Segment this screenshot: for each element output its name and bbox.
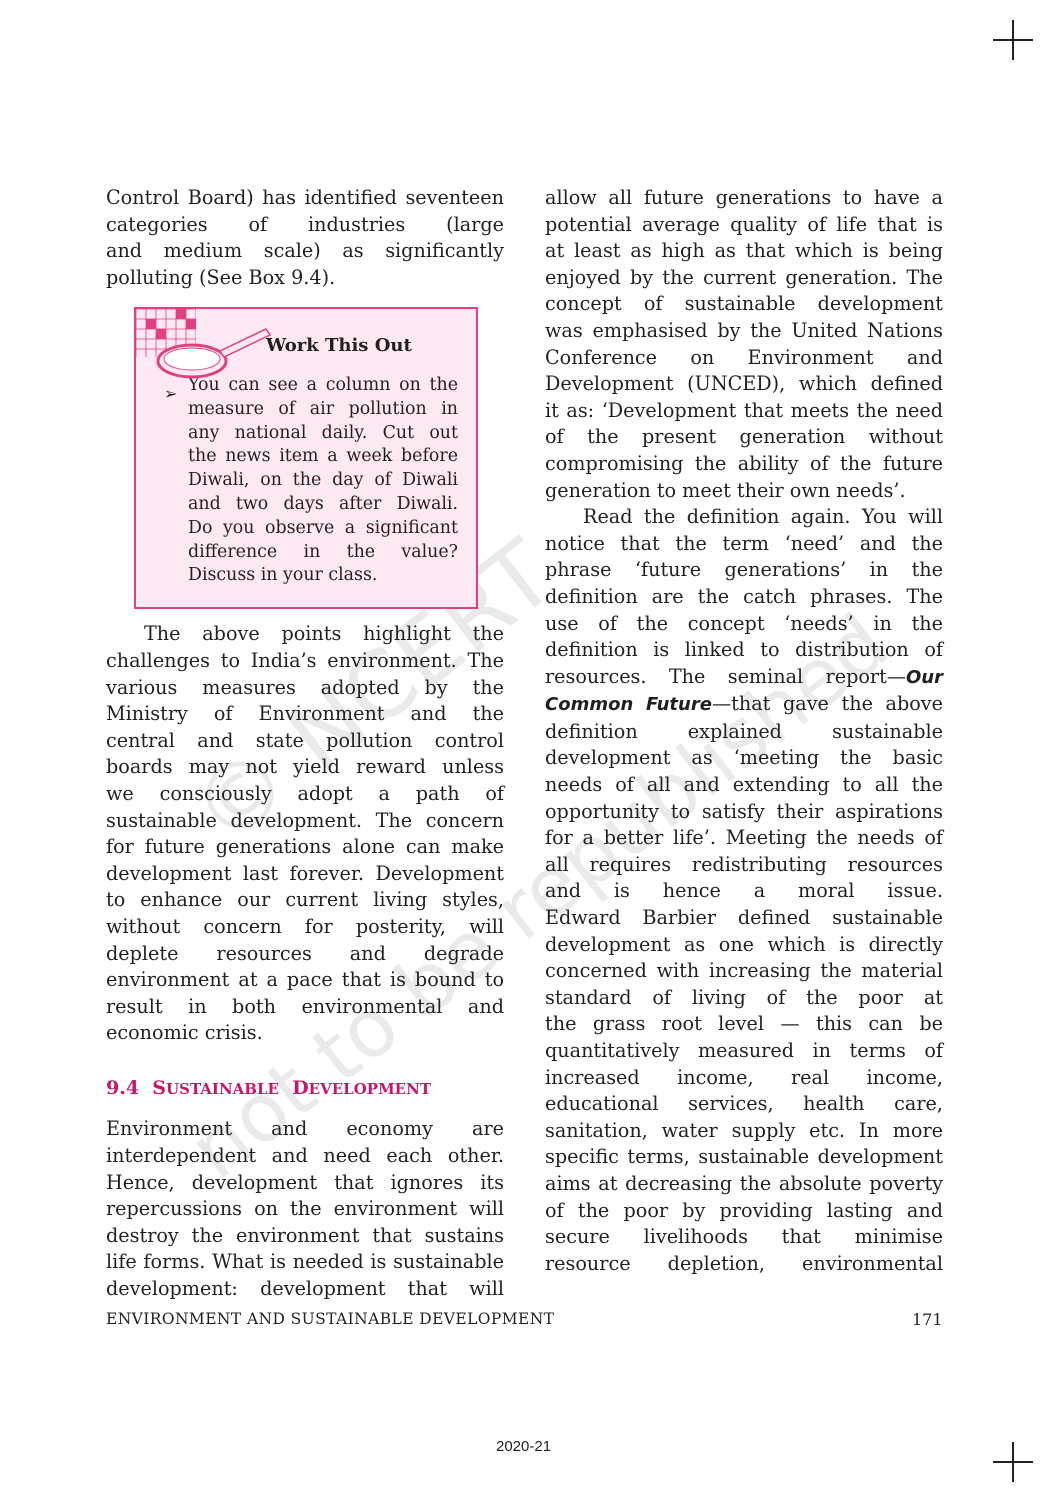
crop-mark-bottom-right <box>993 1442 1033 1482</box>
box-title: Work This Out <box>266 333 458 360</box>
report-title: Common Future <box>545 694 712 715</box>
right-column: allow all future generations to have a p… <box>545 185 943 1277</box>
definition-paragraph: Read the definition again. You will noti… <box>545 504 943 1277</box>
crop-mark-top-right <box>993 20 1033 60</box>
edition-year: 2020-21 <box>496 1438 551 1455</box>
magnifying-glass-icon <box>154 321 274 381</box>
environment-economy-paragraph: Environment and economy are interdepende… <box>106 1116 504 1302</box>
challenges-paragraph: The above points highlight the challenge… <box>106 621 504 1047</box>
left-column: Control Board) has identified seventeen … <box>106 185 504 1303</box>
page-number: 171 <box>912 1310 943 1329</box>
unced-paragraph: allow all future generations to have a p… <box>545 185 943 504</box>
arrow-bullet-icon: ➢ <box>164 381 177 408</box>
box-text: You can see a column on the measure of a… <box>188 374 458 588</box>
textbook-page: © NCERT not to be republished Control Bo… <box>0 0 1050 1500</box>
section-heading: 9.4 SUSTAINABLE DEVELOPMENT <box>106 1075 504 1103</box>
running-footer-title: ENVIRONMENT AND SUSTAINABLE DEVELOPMENT <box>106 1310 554 1328</box>
work-this-out-box: Work This Out ➢ You can see a column on … <box>134 307 478 609</box>
intro-paragraph: Control Board) has identified seventeen … <box>106 185 504 291</box>
report-title: Our <box>906 667 943 688</box>
